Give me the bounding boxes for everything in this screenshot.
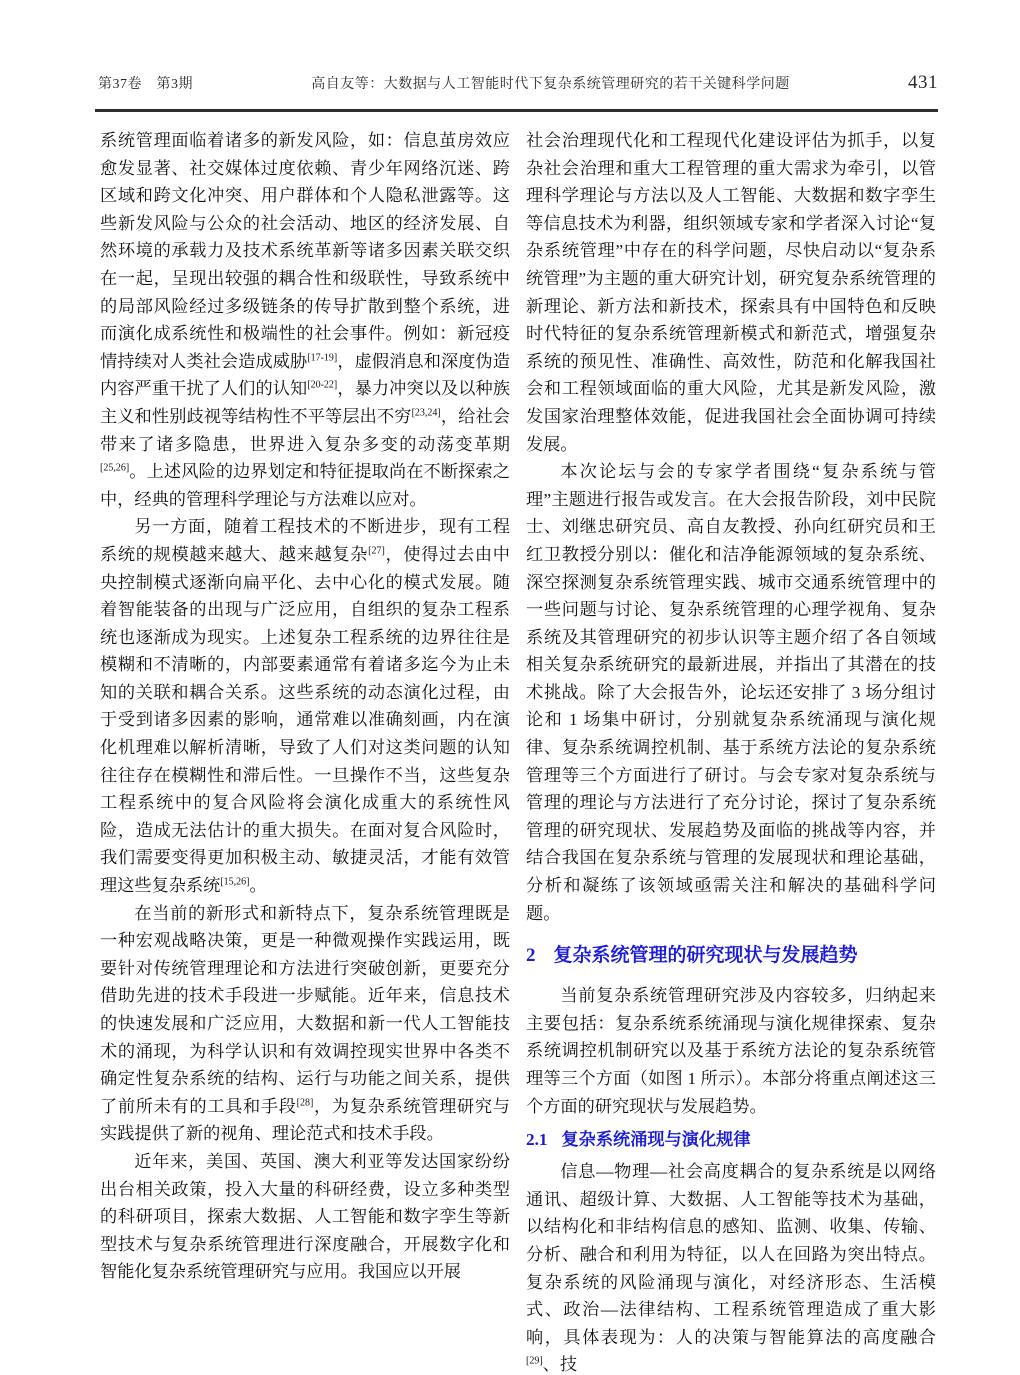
citation-ref: [25,26] xyxy=(100,462,129,473)
paragraph: 系统管理面临着诸多的新发风险，如：信息茧房效应愈发显著、社交媒体过度依赖、青少年… xyxy=(100,127,510,513)
running-title: 高自友等：大数据与人工智能时代下复杂系统管理研究的若干关键科学问题 xyxy=(193,73,908,93)
page-number: 431 xyxy=(908,72,938,94)
paragraph: 社会治理现代化和工程现代化建设评估为抓手，以复杂社会治理和重大工程管理的重大需求… xyxy=(526,127,936,458)
paragraph: 另一方面，随着工程技术的不断进步，现有工程系统的规模越来越大、越来越复杂[27]… xyxy=(100,513,510,899)
paragraph: 近年来，美国、英国、澳大利亚等发达国家纷纷出台相关政策，投入大量的科研经费，设立… xyxy=(100,1148,510,1286)
section-number: 2 xyxy=(526,945,536,966)
paragraph: 本次论坛与会的专家学者围绕“复杂系统与管理”主题进行报告或发言。在大会报告阶段，… xyxy=(526,458,936,927)
paper-page: 第37卷 第3期 高自友等：大数据与人工智能时代下复杂系统管理研究的若干关键科学… xyxy=(0,0,1020,1375)
section-number: 2.1 xyxy=(526,1130,547,1149)
section-title: 复杂系统管理的研究现状与发展趋势 xyxy=(554,945,858,966)
citation-ref: [28] xyxy=(297,1097,314,1108)
page-header: 第37卷 第3期 高自友等：大数据与人工智能时代下复杂系统管理研究的若干关键科学… xyxy=(98,72,938,94)
right-column: 社会治理现代化和工程现代化建设评估为抓手，以复杂社会治理和重大工程管理的重大需求… xyxy=(526,127,936,1375)
citation-ref: [20-22] xyxy=(307,380,337,391)
section-heading: 2复杂系统管理的研究现状与发展趋势 xyxy=(526,943,936,969)
left-column: 系统管理面临着诸多的新发风险，如：信息茧房效应愈发显著、社交媒体过度依赖、青少年… xyxy=(100,127,510,1375)
subsection-heading: 2.1复杂系统涌现与演化规律 xyxy=(526,1127,936,1153)
paragraph: 当前复杂系统管理研究涉及内容较多，归纳起来主要包括：复杂系统系统涌现与演化规律探… xyxy=(526,982,936,1120)
citation-ref: [23,24] xyxy=(412,407,441,418)
citation-ref: [27] xyxy=(368,545,385,556)
citation-ref: [15,26] xyxy=(220,876,249,887)
two-column-body: 系统管理面临着诸多的新发风险，如：信息茧房效应愈发显著、社交媒体过度依赖、青少年… xyxy=(100,127,936,1375)
citation-ref: [29] xyxy=(526,1356,543,1367)
section-title: 复杂系统涌现与演化规律 xyxy=(561,1130,750,1149)
citation-ref: [17-19] xyxy=(307,352,337,363)
paragraph: 信息—物理—社会高度耦合的复杂系统是以网络通讯、超级计算、大数据、人工智能等技术… xyxy=(526,1158,936,1375)
paragraph: 在当前的新形式和新特点下，复杂系统管理既是一种宏观战略决策，更是一种微观操作实践… xyxy=(100,900,510,1148)
volume-issue: 第37卷 第3期 xyxy=(98,73,193,93)
header-rule xyxy=(95,109,938,112)
